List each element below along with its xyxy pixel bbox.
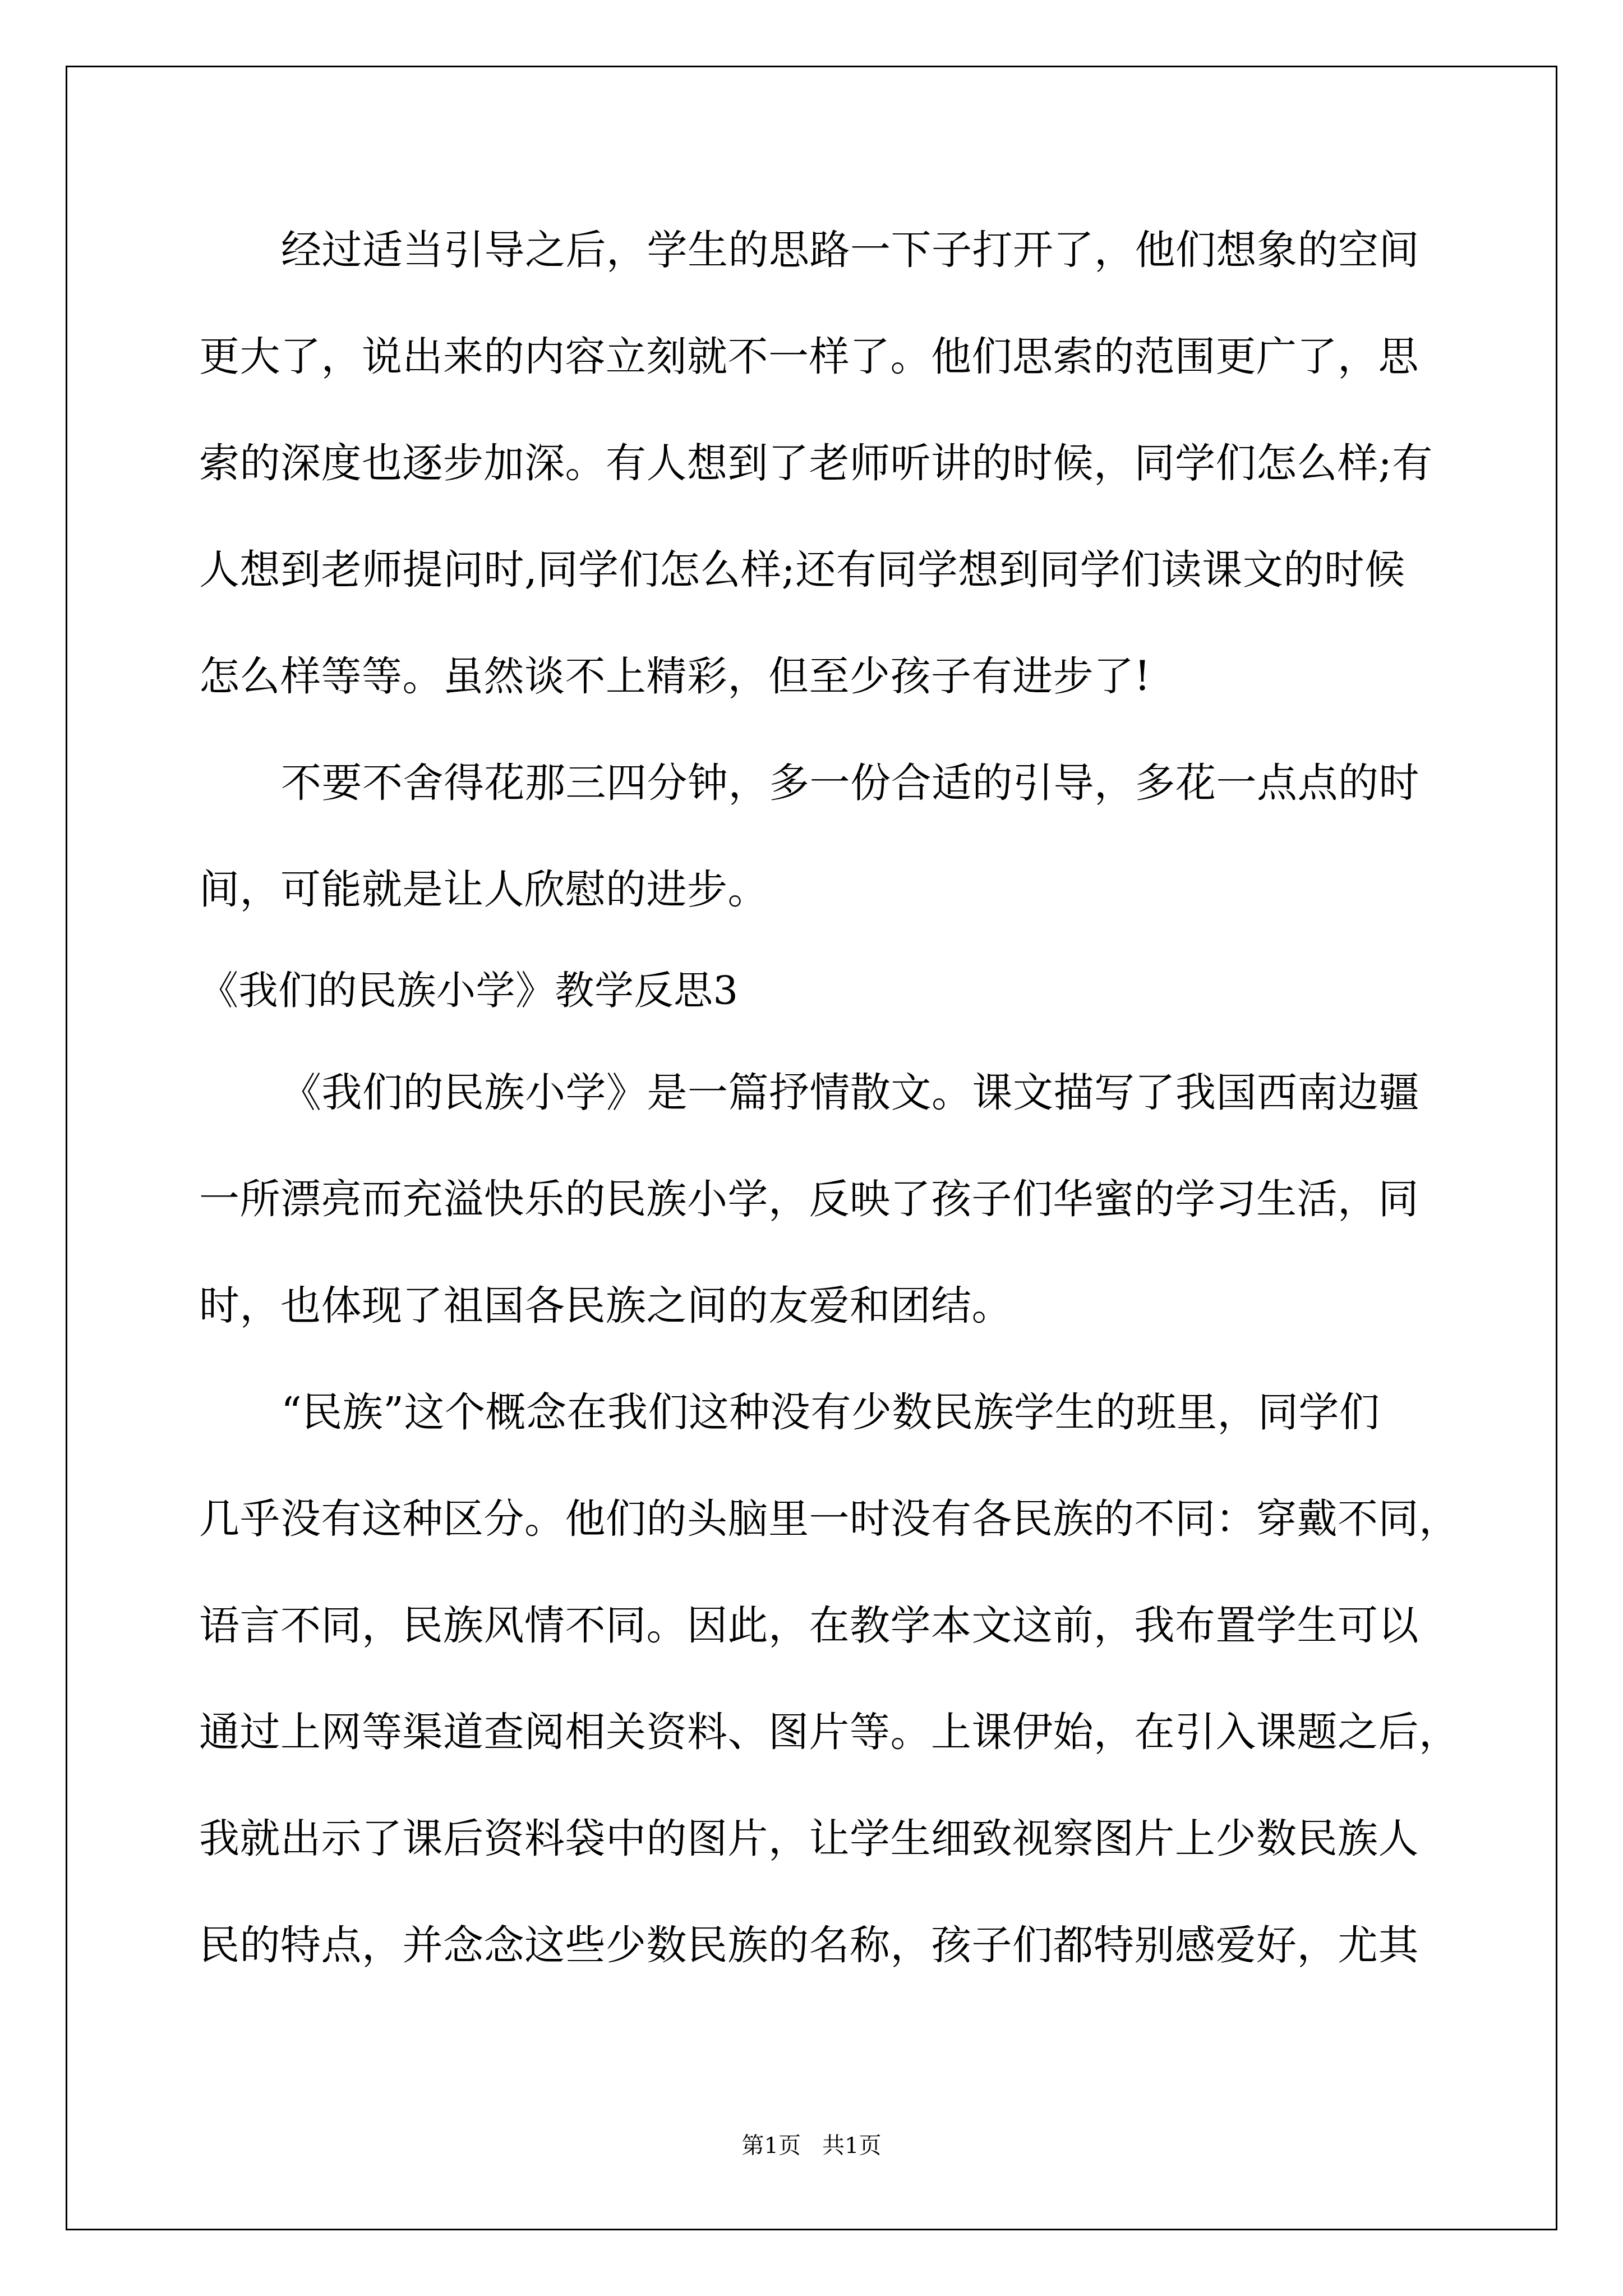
- text-line: 不要不舍得花那三四分钟，多一份合适的引导，多花一点点的时: [199, 729, 1422, 836]
- text-line: 间，可能就是让人欣慰的进步。: [199, 836, 1422, 942]
- page-footer: 第1页 共1页: [0, 2132, 1623, 2160]
- page-total: 共1页: [822, 2133, 881, 2159]
- paragraph: 经过适当引导之后，学生的思路一下子打开了，他们想象的空间 更大了，说出来的内容立…: [199, 196, 1422, 729]
- text-line: 几乎没有这种区分。他们的头脑里一时没有各民族的不同：穿戴不同，: [199, 1465, 1422, 1572]
- text-line: 一所漂亮而充溢快乐的民族小学，反映了孩子们华蜜的学习生活，同: [199, 1145, 1422, 1252]
- page-number: 第1页: [741, 2133, 800, 2159]
- text-line: 我就出示了课后资料袋中的图片，让学生细致视察图片上少数民族人: [199, 1785, 1422, 1892]
- section-heading: 《我们的民族小学》教学反思3: [199, 942, 1422, 1039]
- text-line: 通过上网等渠道查阅相关资料、图片等。上课伊始，在引入课题之后，: [199, 1678, 1422, 1785]
- text-line: 人想到老师提问时,同学们怎么样;还有同学想到同学们读课文的时候: [199, 516, 1422, 623]
- document-body: 经过适当引导之后，学生的思路一下子打开了，他们想象的空间 更大了，说出来的内容立…: [199, 196, 1422, 1998]
- text-line: 更大了，说出来的内容立刻就不一样了。他们思索的范围更广了，思: [199, 303, 1422, 409]
- paragraph: 《我们的民族小学》是一篇抒情散文。课文描写了我国西南边疆 一所漂亮而充溢快乐的民…: [199, 1039, 1422, 1359]
- text-line: 民的特点，并念念这些少数民族的名称，孩子们都特别感爱好，尤其: [199, 1892, 1422, 1998]
- text-line: 索的深度也逐步加深。有人想到了老师听讲的时候，同学们怎么样;有: [199, 409, 1422, 516]
- text-line: 经过适当引导之后，学生的思路一下子打开了，他们想象的空间: [199, 196, 1422, 303]
- text-line: 《我们的民族小学》是一篇抒情散文。课文描写了我国西南边疆: [199, 1039, 1422, 1145]
- paragraph: “民族”这个概念在我们这种没有少数民族学生的班里，同学们 几乎没有这种区分。他们…: [199, 1359, 1422, 1998]
- paragraph: 不要不舍得花那三四分钟，多一份合适的引导，多花一点点的时 间，可能就是让人欣慰的…: [199, 729, 1422, 942]
- text-line: “民族”这个概念在我们这种没有少数民族学生的班里，同学们: [199, 1359, 1422, 1465]
- text-line: 怎么样等等。虽然谈不上精彩，但至少孩子有进步了!: [199, 623, 1422, 729]
- text-line: 时，也体现了祖国各民族之间的友爱和团结。: [199, 1252, 1422, 1359]
- text-line: 语言不同，民族风情不同。因此，在教学本文这前，我布置学生可以: [199, 1572, 1422, 1678]
